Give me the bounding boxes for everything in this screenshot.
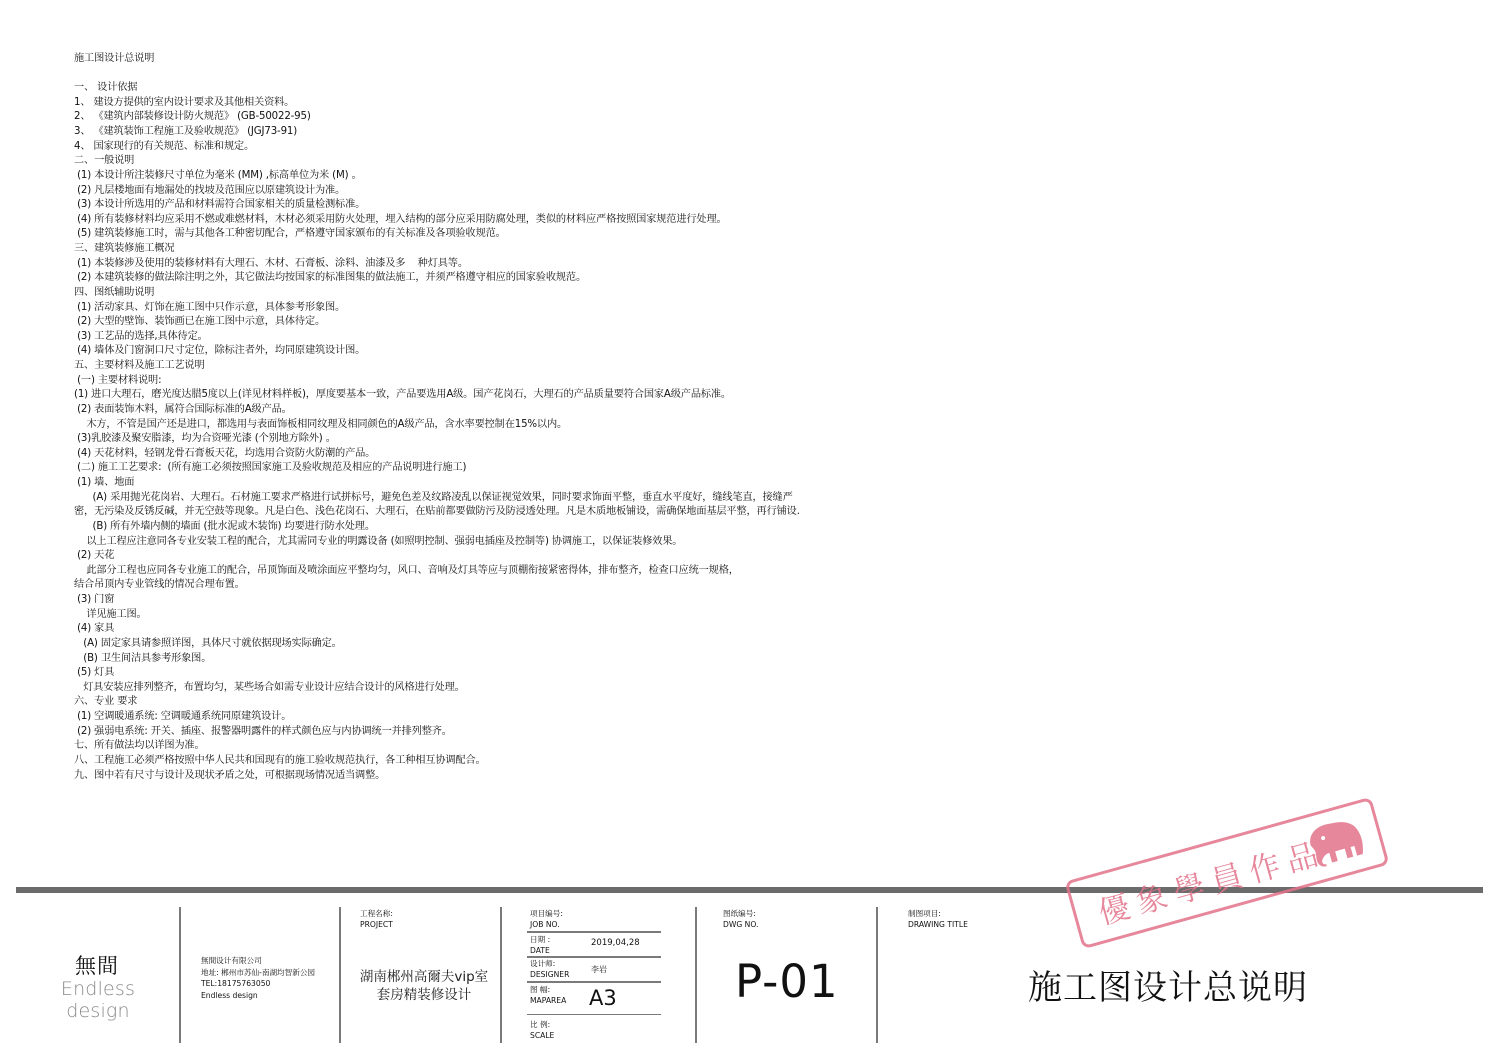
note-line: (5) 建筑装修施工时，需与其他各工种密切配合，严格遵守国家颁布的有关标准及各项… — [74, 227, 904, 242]
note-line: (4) 墙体及门窗洞口尺寸定位，除标注者外，均同原建筑设计图。 — [74, 344, 904, 359]
row-divider — [527, 931, 661, 933]
note-line: 五、主要材料及施工工艺说明 — [74, 359, 904, 374]
note-line: 九、图中若有尺寸与设计及现状矛盾之处，可根据现场情况适当调整。 — [74, 769, 904, 784]
row-divider — [527, 956, 661, 958]
note-line: 3、 《建筑装饰工程施工及验收规范》 (JGJ73-91) — [74, 125, 904, 140]
notes-lines: 一、 设计依据1、 建设方提供的室内设计要求及其他相关资料。2、 《建筑内部装修… — [74, 81, 904, 783]
job-no-label-en: JOB NO. — [530, 920, 563, 931]
note-line: (2) 本建筑装修的做法除注明之外，其它做法均按国家的标准图集的做法施工，并须严… — [74, 271, 904, 286]
note-line: (2) 大型的壁饰、装饰画已在施工图中示意，具体待定。 — [74, 315, 904, 330]
note-line: (1) 活动家具、灯饰在施工图中只作示意，具体参考形象图。 — [74, 301, 904, 316]
column-divider — [876, 907, 878, 1043]
notes-title: 施工图设计总说明 — [74, 52, 904, 67]
note-line: 二、一般说明 — [74, 154, 904, 169]
project-name-line1: 湖南郴州高爾夫vip室 — [348, 968, 500, 986]
design-notes: 施工图设计总说明 一、 设计依据1、 建设方提供的室内设计要求及其他相关资料。2… — [74, 52, 904, 783]
maparea-label: 图 幅: MAPAREA — [530, 985, 566, 1006]
note-line: (二) 施工工艺要求: (所有施工必须按照国家施工及验收规范及相应的产品说明进行… — [74, 461, 904, 476]
note-line: 灯具安装应排列整齐，布置均匀，某些场合如需专业设计应结合设计的风格进行处理。 — [74, 681, 904, 696]
drawing-title-label-cn: 制图项目: — [908, 909, 968, 920]
note-line: 以上工程应注意同各专业安装工程的配合，尤其需同专业的明露设备 (如照明控制、强弱… — [74, 535, 904, 550]
maparea-label-en: MAPAREA — [530, 996, 566, 1007]
note-line: (3)乳胶漆及聚安脂漆，均为合资哑光漆 (个别地方除外) 。 — [74, 432, 904, 447]
elephant-icon — [1297, 810, 1370, 873]
logo-en: Endless design — [26, 978, 170, 1022]
student-work-stamp: 優象學員作品 — [1064, 797, 1389, 949]
dwg-no-label: 图纸编号: DWG NO. — [723, 909, 758, 930]
designer-label: 设计师: DESIGNER — [530, 959, 569, 980]
company-brand: Endless design — [201, 990, 315, 1002]
project-name: 湖南郴州高爾夫vip室 套房精装修设计 — [348, 968, 500, 1004]
note-line: 八、工程施工必须严格按照中华人民共和国现有的施工验收规范执行，各工种相互协调配合… — [74, 754, 904, 769]
date-label: 日期 : DATE — [530, 935, 550, 956]
maparea-value: A3 — [589, 986, 617, 1010]
company-tel: TEL:18175763050 — [201, 978, 315, 990]
note-line: (1) 空调暖通系统: 空调暖通系统同原建筑设计。 — [74, 710, 904, 725]
row-divider — [527, 1014, 661, 1015]
row-divider — [527, 981, 661, 983]
note-line: (1) 墙、地面 — [74, 476, 904, 491]
note-line: (2) 天花 — [74, 549, 904, 564]
company-info: 無間设计有限公司 地址: 郴州市苏仙-南湖均智新公园 TEL:181757630… — [201, 955, 315, 1001]
scale-label-en: SCALE — [530, 1031, 554, 1042]
note-line: (2) 表面装饰木料，属符合国际标准的A级产品。 — [74, 403, 904, 418]
note-line: 密，无污染及反锈反碱，并无空鼓等现象。凡是白色、浅色花岗石、大理石，在贴前都要做… — [74, 505, 904, 520]
dwg-no-value: P-01 — [735, 955, 839, 1008]
project-label-en: PROJECT — [360, 920, 393, 931]
dwg-no-label-cn: 图纸编号: — [723, 909, 758, 920]
note-line: 木方，不管是国产还是进口，都选用与表面饰板相同纹理及相同颜色的A级产品，含水率要… — [74, 418, 904, 433]
column-divider — [339, 907, 341, 1043]
note-line: (4) 家具 — [74, 622, 904, 637]
note-line: (3) 本设计所选用的产品和材料需符合国家相关的质量检测标准。 — [74, 198, 904, 213]
note-line: (1) 进口大理石，磨光度达腊5度以上(详见材料样板)，厚度要基本一致，产品要选… — [74, 388, 904, 403]
date-label-en: DATE — [530, 946, 550, 957]
note-line: 三、建筑装修施工概况 — [74, 242, 904, 257]
column-divider — [695, 907, 697, 1043]
note-line: (1) 本装修涉及使用的装修材料有大理石、木材、石膏板、涂料、油漆及多 种灯具等… — [74, 257, 904, 272]
note-line: 四、图纸辅助说明 — [74, 286, 904, 301]
column-divider — [500, 907, 502, 1043]
note-line: (2) 凡层楼地面有地漏处的找坡及范围应以原建筑设计为准。 — [74, 184, 904, 199]
scale-label: 比 例: SCALE — [530, 1020, 554, 1041]
note-line: (5) 灯具 — [74, 666, 904, 681]
note-line: (4) 所有装修材料均应采用不燃或难燃材料，木材必须采用防火处理，埋入结构的部分… — [74, 213, 904, 228]
maparea-label-cn: 图 幅: — [530, 985, 566, 996]
date-label-cn: 日期 : — [530, 935, 550, 946]
note-line: (B) 所有外墙内侧的墙面 (批水泥或木装饰) 均要进行防水处理。 — [74, 520, 904, 535]
note-line: 2、 《建筑内部装修设计防火规范》 (GB-50022-95) — [74, 110, 904, 125]
job-no-label: 项目编号: JOB NO. — [530, 909, 563, 930]
note-line: (一) 主要材料说明: — [74, 374, 904, 389]
note-line: 六、专业 要求 — [74, 695, 904, 710]
note-line: (1) 本设计所注装修尺寸单位为毫米 (MM) ,标高单位为米 (M) 。 — [74, 169, 904, 184]
project-label: 工程名称: PROJECT — [360, 909, 393, 930]
note-line: 4、 国家现行的有关规范、标准和规定。 — [74, 140, 904, 155]
note-line: (B) 卫生间洁具参考形象图。 — [74, 652, 904, 667]
note-line: 七、所有做法均以详图为准。 — [74, 739, 904, 754]
job-no-label-cn: 项目编号: — [530, 909, 563, 920]
company-address: 地址: 郴州市苏仙-南湖均智新公园 — [201, 967, 315, 979]
designer-label-en: DESIGNER — [530, 970, 569, 981]
note-line: 1、 建设方提供的室内设计要求及其他相关资料。 — [74, 96, 904, 111]
drawing-title-label-en: DRAWING TITLE — [908, 920, 968, 931]
designer-label-cn: 设计师: — [530, 959, 569, 970]
note-line: 一、 设计依据 — [74, 81, 904, 96]
note-line: (2) 强弱电系统: 开关、插座、报警器明露件的样式颜色应与内协调统一并排列整齐… — [74, 725, 904, 740]
note-line: (3) 门窗 — [74, 593, 904, 608]
note-line: 此部分工程也应同各专业施工的配合，吊顶饰面及喷涂面应平整均匀，风口、音响及灯具等… — [74, 564, 904, 579]
drawing-title-label: 制图项目: DRAWING TITLE — [908, 909, 968, 930]
project-label-cn: 工程名称: — [360, 909, 393, 920]
note-line: (A) 采用抛光花岗岩、大理石。石材施工要求严格进行试拼标号，避免色差及纹路凌乱… — [74, 491, 904, 506]
note-line: (3) 工艺品的选择,具体待定。 — [74, 330, 904, 345]
note-line: 结合吊顶内专业管线的情况合理布置。 — [74, 578, 904, 593]
date-value: 2019,04,28 — [591, 938, 640, 948]
company-name: 無間设计有限公司 — [201, 955, 315, 967]
stamp-text: 優象學員作品 — [1093, 827, 1331, 933]
note-line: (A) 固定家具请参照详图，具体尺寸就依据现场实际确定。 — [74, 637, 904, 652]
project-name-line2: 套房精装修设计 — [348, 986, 500, 1004]
scale-label-cn: 比 例: — [530, 1020, 554, 1031]
note-line: (4) 天花材料，轻钢龙骨石膏板天花，均选用合资防火防潮的产品。 — [74, 447, 904, 462]
note-line: 详见施工图。 — [74, 608, 904, 623]
drawing-title-value: 施工图设计总说明 — [1028, 960, 1308, 1009]
logo-cn: 無間 — [28, 950, 166, 980]
column-divider — [179, 907, 181, 1043]
dwg-no-label-en: DWG NO. — [723, 920, 758, 931]
designer-value: 李岩 — [591, 964, 607, 975]
